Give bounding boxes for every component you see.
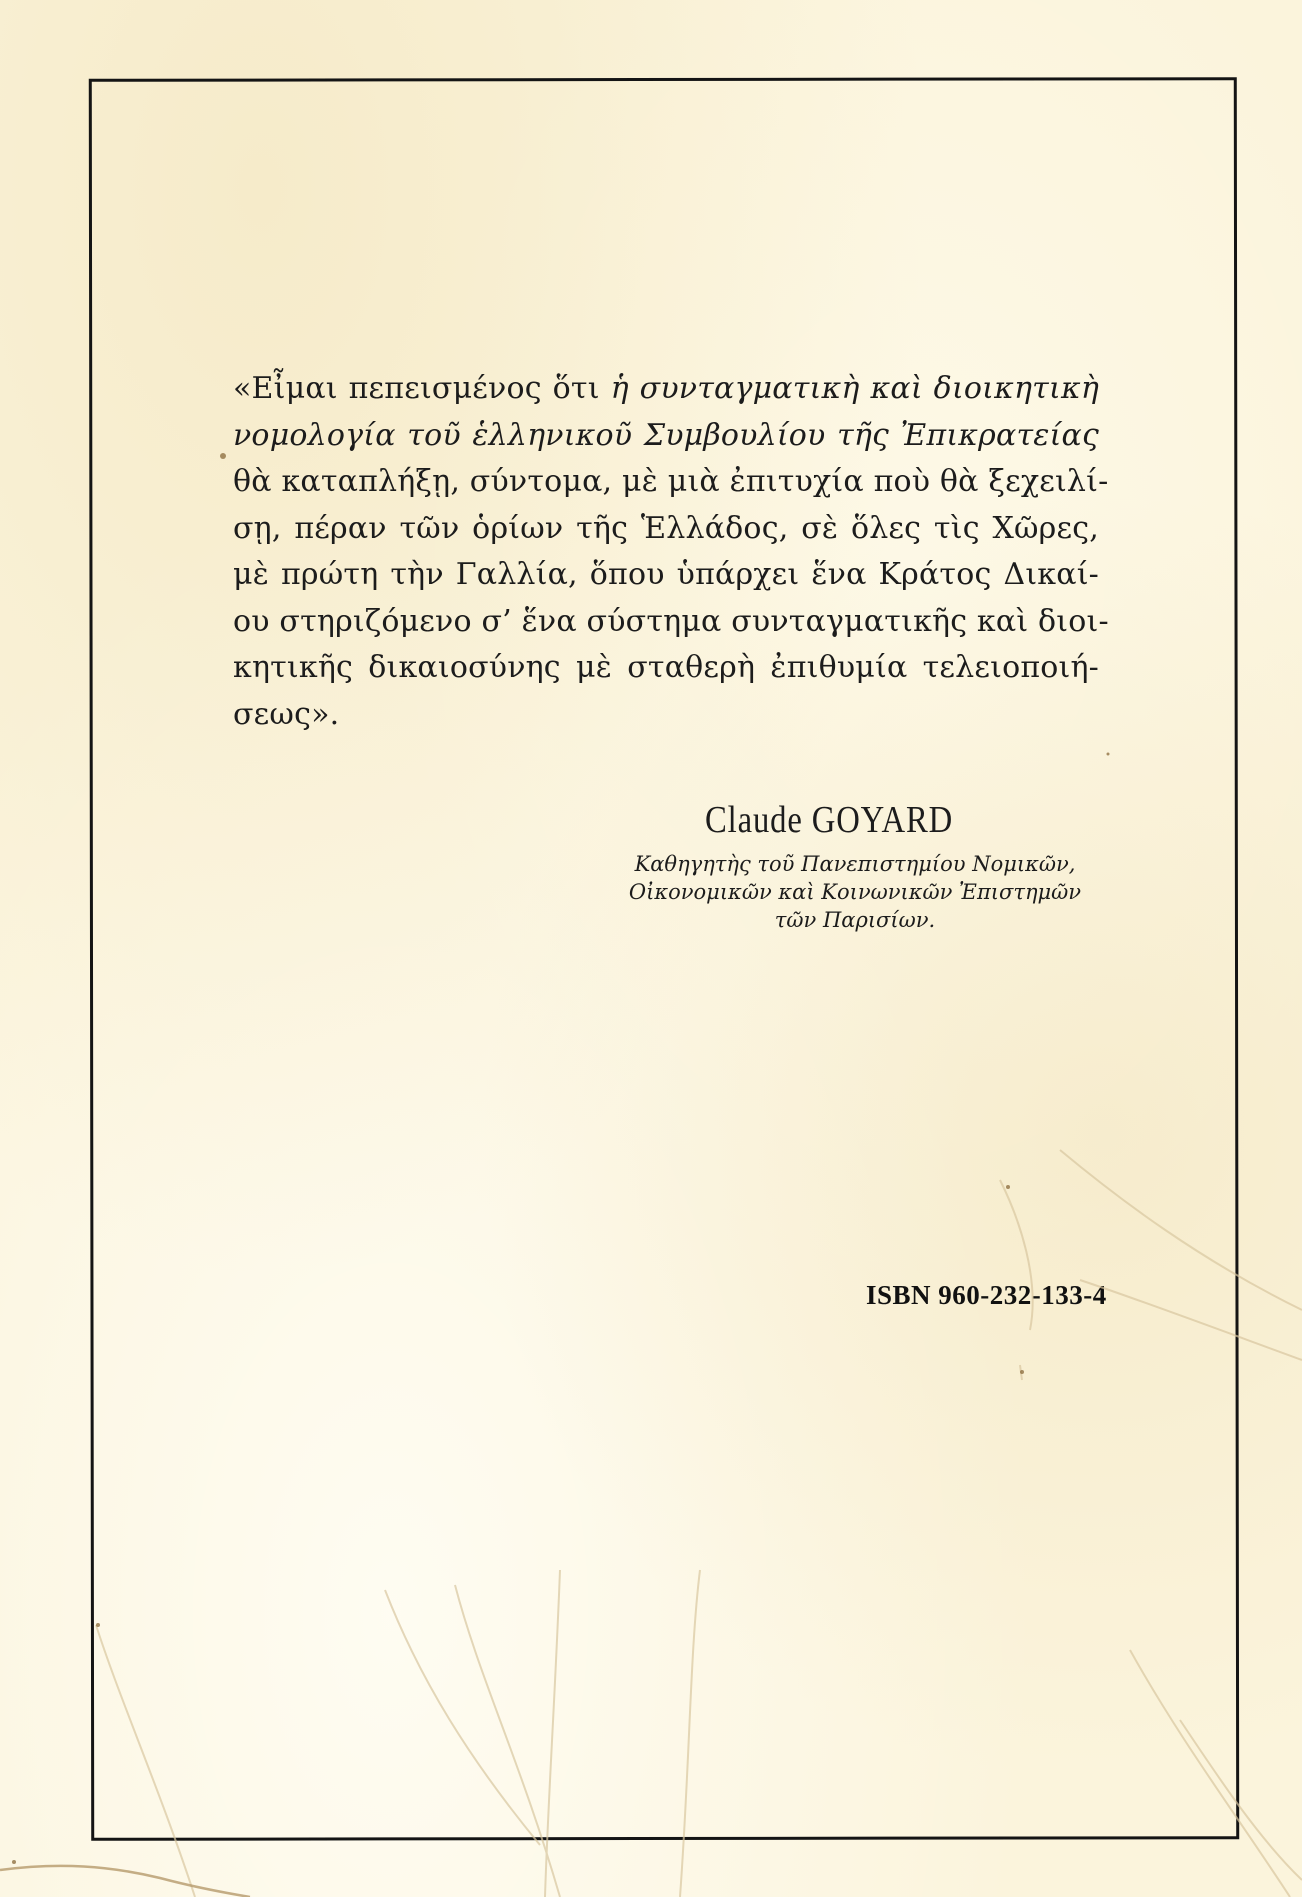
affiliation-line-3: τῶν Παρισίων. — [600, 906, 1110, 934]
quote-line-6: ου στηριζόμενο σ’ ἕνα σύστημα συνταγματι… — [233, 599, 1099, 646]
cover-border-frame — [89, 77, 1239, 1841]
author-affiliation: Καθηγητὴς τοῦ Πανεπιστημίου Νομικῶν, Οἰκ… — [600, 850, 1110, 934]
quote-line-1-roman: «Εἶμαι πεπεισμένος ὅτι — [233, 371, 611, 406]
quote-line-2: νομολογία τοῦ ἑλληνικοῦ Συμβουλίου τῆς Ἐ… — [233, 413, 1099, 460]
isbn-number: ISBN 960-232-133-4 — [866, 1280, 1107, 1311]
quote-line-3: θὰ καταπλήξῃ, σύντομα, μὲ μιὰ ἐπιτυχία π… — [233, 459, 1099, 506]
quote-line-5: μὲ πρώτη τὴν Γαλλία, ὅπου ὑπάρχει ἕνα Κρ… — [233, 552, 1099, 599]
author-name: Claude GOYARD — [705, 798, 953, 842]
quote-line-8: σεως». — [233, 692, 1099, 739]
quote-line-1: «Εἶμαι πεπεισμένος ὅτι ἡ συνταγματικὴ κα… — [233, 366, 1099, 413]
quote-line-1-italic: ἡ συνταγματικὴ καὶ διοικητικὴ — [611, 371, 1099, 406]
quote-line-4: σῃ, πέραν τῶν ὁρίων τῆς Ἑλλάδος, σὲ ὅλες… — [233, 506, 1099, 553]
affiliation-line-1: Καθηγητὴς τοῦ Πανεπιστημίου Νομικῶν, — [600, 850, 1110, 878]
quote-block: «Εἶμαι πεπεισμένος ὅτι ἡ συνταγματικὴ κα… — [233, 366, 1099, 738]
affiliation-line-2: Οἰκονομικῶν καὶ Κοινωνικῶν Ἐπιστημῶν — [600, 878, 1110, 906]
quote-line-7: κητικῆς δικαιοσύνης μὲ σταθερὴ ἐπιθυμία … — [233, 645, 1099, 692]
